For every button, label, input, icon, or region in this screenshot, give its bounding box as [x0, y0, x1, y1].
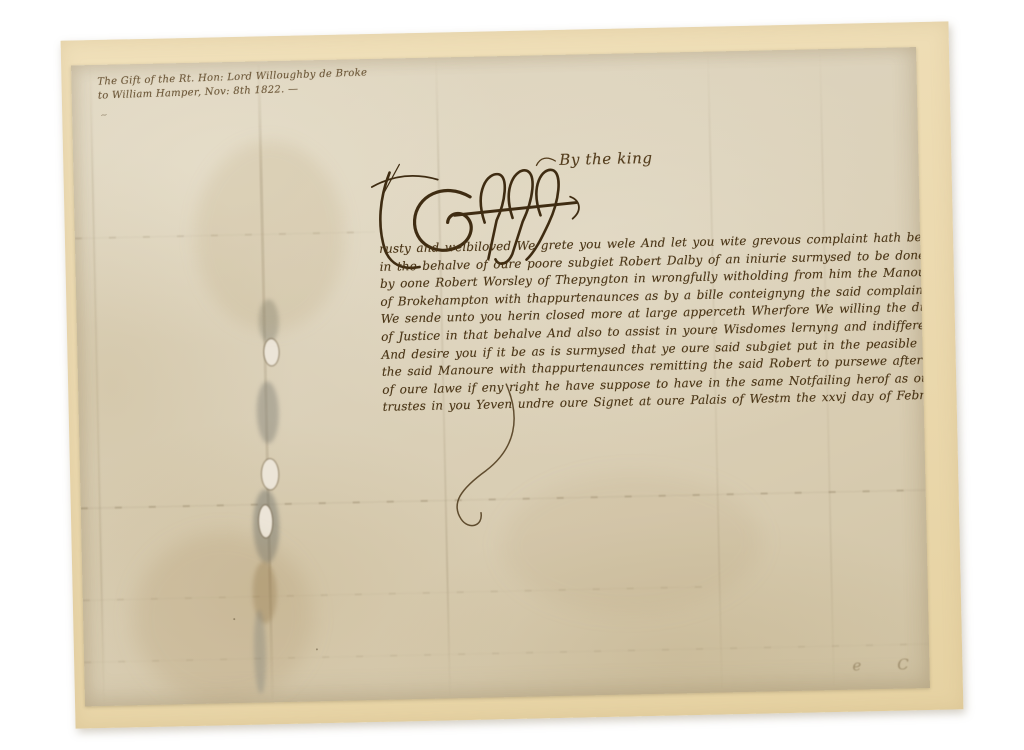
gift-inscription: The Gift of the Rt. Hon: Lord Willoughby… [97, 66, 368, 102]
worm-hole-3 [259, 505, 273, 537]
parchment-document: The Gift of the Rt. Hon: Lord Willoughby… [71, 47, 930, 706]
stain-mottle-bottom-left [131, 530, 315, 704]
worm-hole-1 [264, 339, 279, 365]
fly-speck-1 [233, 618, 235, 620]
worm-hole-2 [262, 459, 279, 489]
fly-speck-2 [316, 648, 318, 650]
collector-check-mark: ∼ [99, 110, 108, 121]
docket-marks: eC [852, 655, 911, 674]
photo-background: The Gift of the Rt. Hon: Lord Willoughby… [0, 0, 1024, 750]
fold-line-vertical-left [89, 65, 105, 706]
pen-flourish [428, 382, 527, 534]
docket-mark-1: e [852, 656, 863, 674]
stain-mottle-center [500, 471, 763, 617]
stain-mottle-upper-left [193, 140, 347, 333]
stain-blob-gray-2 [256, 381, 279, 443]
docket-mark-2: C [897, 655, 911, 673]
mount-mat: The Gift of the Rt. Hon: Lord Willoughby… [61, 21, 964, 728]
